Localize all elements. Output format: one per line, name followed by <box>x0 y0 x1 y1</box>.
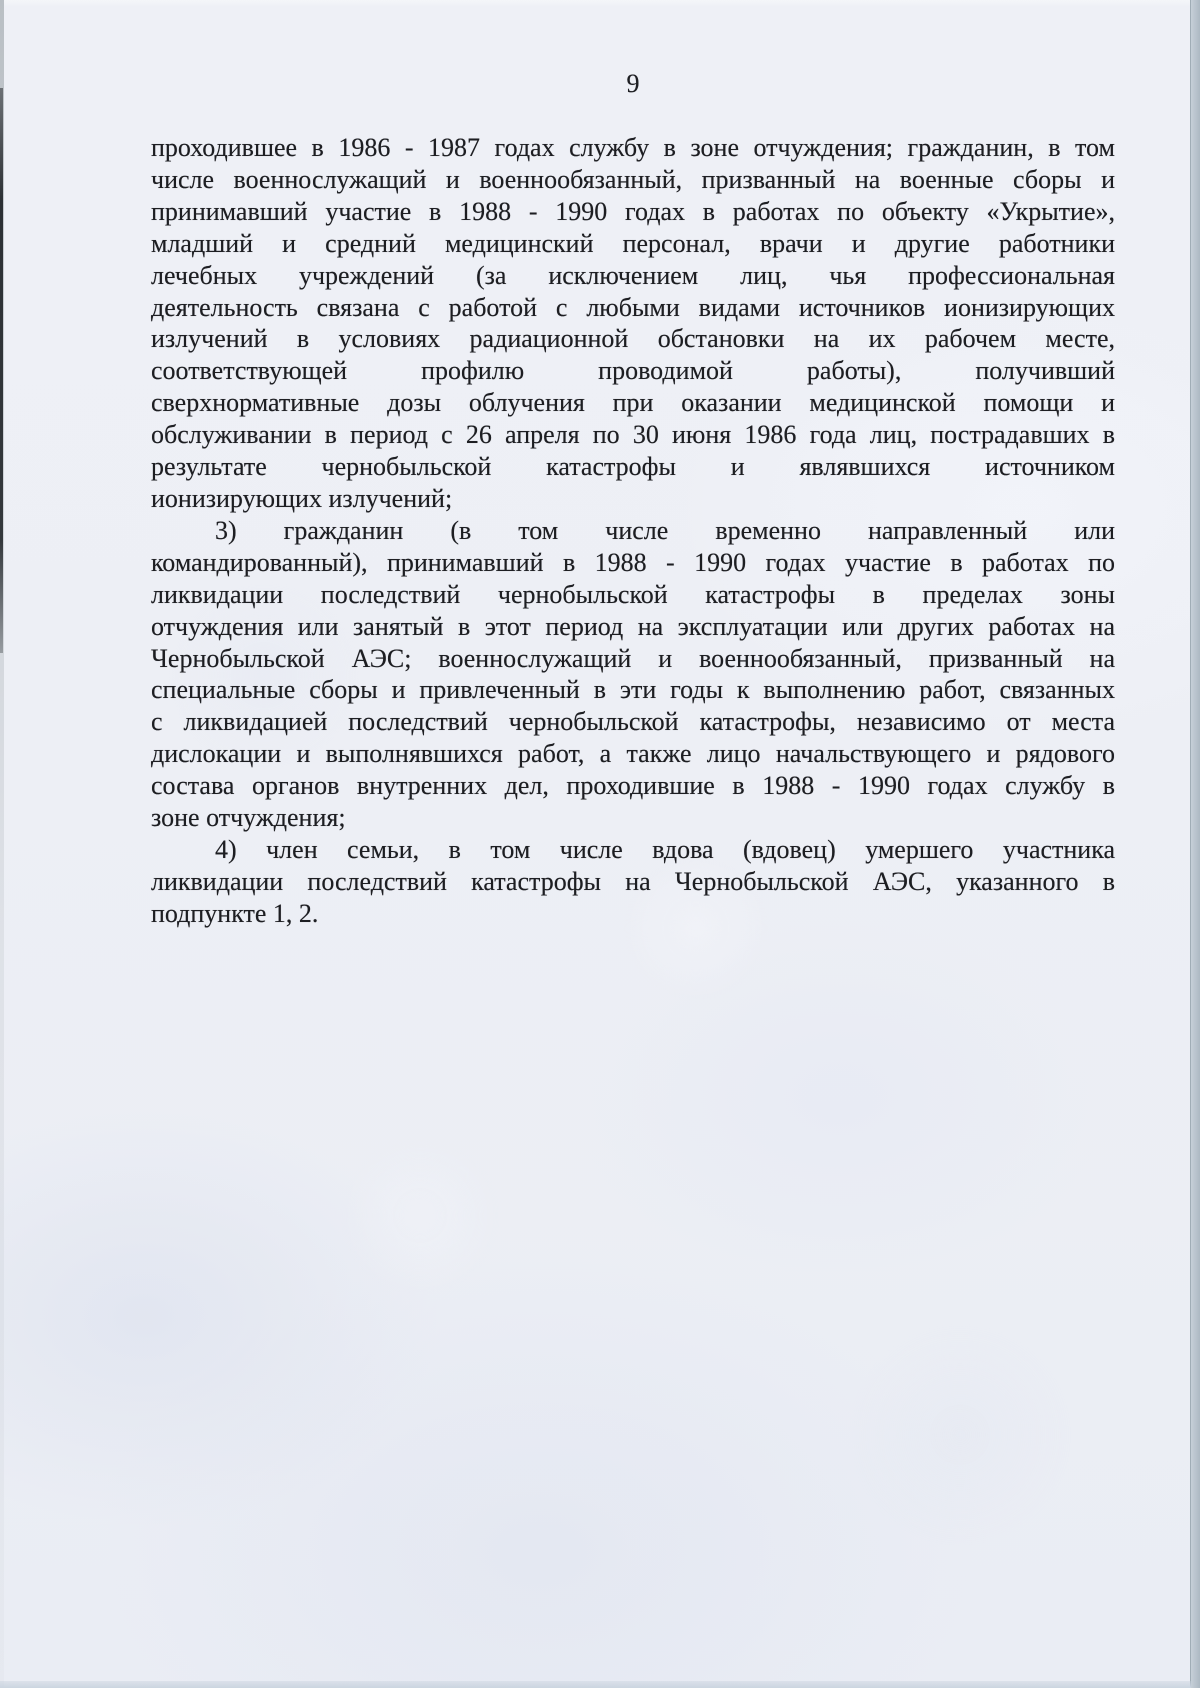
text-line: с ликвидацией последствий чернобыльской … <box>151 706 1115 738</box>
scan-edge-top <box>0 0 1200 7</box>
text-line: сверхнормативные дозы облучения при оказ… <box>151 387 1115 419</box>
document-text: проходившее в 1986 - 1987 годах службу в… <box>151 132 1115 930</box>
text-line: Чернобыльской АЭС; военнослужащий и воен… <box>151 643 1115 675</box>
text-line: специальные сборы и привлеченный в эти г… <box>151 674 1115 706</box>
text-line: лечебных учреждений (за исключением лиц,… <box>151 260 1115 292</box>
text-line: ликвидации последствий катастрофы на Чер… <box>151 866 1115 898</box>
paragraph: проходившее в 1986 - 1987 годах службу в… <box>151 132 1115 515</box>
text-line: отчуждения или занятый в этот период на … <box>151 611 1115 643</box>
scanned-page: 9 проходившее в 1986 - 1987 годах службу… <box>0 0 1200 1688</box>
text-line: излучений в условиях радиационной обстан… <box>151 323 1115 355</box>
text-line: 4) член семьи, в том числе вдова (вдовец… <box>151 834 1115 866</box>
text-line: младший и средний медицинский персонал, … <box>151 228 1115 260</box>
text-line: подпункте 1, 2. <box>151 898 1115 930</box>
text-line: результате чернобыльской катастрофы и яв… <box>151 451 1115 483</box>
text-line: числе военнослужащий и военнообязанный, … <box>151 164 1115 196</box>
scan-edge-bottom <box>0 1681 1191 1688</box>
text-line: обслуживании в период с 26 апреля по 30 … <box>151 419 1115 451</box>
scan-edge-left-dark-line <box>0 88 3 653</box>
text-line: деятельность связана с работой с любыми … <box>151 292 1115 324</box>
text-line: соответствующей профилю проводимой работ… <box>151 355 1115 387</box>
page-number: 9 <box>151 69 1115 99</box>
paragraph: 3) гражданин (в том числе временно напра… <box>151 515 1115 834</box>
text-line: принимавший участие в 1988 - 1990 годах … <box>151 196 1115 228</box>
scan-edge-right <box>1190 0 1200 1688</box>
text-line: ликвидации последствий чернобыльской кат… <box>151 579 1115 611</box>
text-line: состава органов внутренних дел, проходив… <box>151 770 1115 802</box>
text-line: 3) гражданин (в том числе временно напра… <box>151 515 1115 547</box>
text-line: дислокации и выполнявшихся работ, а такж… <box>151 738 1115 770</box>
paragraph: 4) член семьи, в том числе вдова (вдовец… <box>151 834 1115 930</box>
text-line: проходившее в 1986 - 1987 годах службу в… <box>151 132 1115 164</box>
text-line: зоне отчуждения; <box>151 802 1115 834</box>
text-line: ионизирующих излучений; <box>151 483 1115 515</box>
text-line: командированный), принимавший в 1988 - 1… <box>151 547 1115 579</box>
